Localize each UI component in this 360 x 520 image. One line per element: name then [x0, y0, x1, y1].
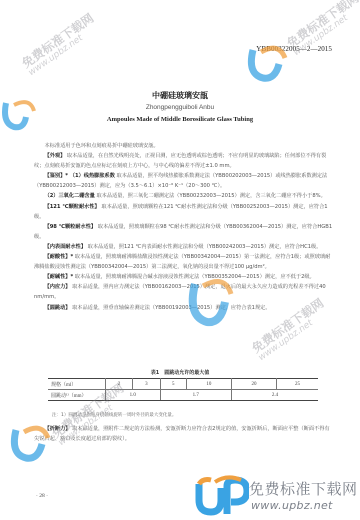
- brand-watermark: 免费标准下载网 www.upbz.net: [193, 472, 360, 520]
- title-pinyin: Zhongpengguiboli Anbu: [0, 104, 360, 111]
- inner-surface-paragraph: 【内表面耐水性】 取本品适量，照121 ℃内表面耐水性测定法和分级（YBB002…: [34, 242, 334, 252]
- internal-stress-paragraph: 【内应力】 取本品适量，照内应力测定法（YBB00162003—2015）测定，…: [34, 282, 334, 302]
- water-resistance-98-paragraph: 【98 ℃颗粒耐水性】 取本品适量，照玻璃颗粒在98 ℃耐水性测定法和分级（YB…: [34, 222, 334, 242]
- watermark-text: 免费标准下载网www.upbz.net: [20, 12, 102, 79]
- runout-paragraph: 【圆跳动】 取本品适量，照垂直轴偏差测定法（YBB00192003—2015）测…: [34, 303, 334, 313]
- title-english: Ampoules Made of Middle Borosilicate Gla…: [0, 116, 360, 123]
- table-cell: 2.4: [231, 390, 318, 401]
- water-resistance-121-paragraph: 【121 ℃颗粒耐水性】 取本品适量，照玻璃颗粒在121 ℃耐水性测定法和分级（…: [34, 202, 334, 222]
- up-logo-icon: [0, 95, 40, 135]
- acid-resistance-paragraph: 【耐酸性】* 取本品适量，照玻璃耐沸腾盐酸浸蚀性测定法（YBB00342004—…: [34, 252, 334, 272]
- table-cell: 20: [231, 379, 276, 390]
- appearance-paragraph: 【外观】 取本品适量，在自然光线明亮处，正视目测，应无色透明或棕色透明；不应有明…: [34, 151, 334, 171]
- brand-url: www.upbz.net: [251, 499, 333, 512]
- identification-paragraph-1: 【鉴别】* （1）线热膨胀系数 取本品适量，照平均线热膨胀系数测定法（YBB00…: [34, 171, 334, 191]
- table-header-cell: 规格（ml）: [48, 379, 106, 390]
- table-cell: 3: [133, 379, 160, 390]
- identification-paragraph-2: （2）三氧化二硼含量 取本品适量，照三氧化二硼测定法（YBB00232003—2…: [34, 191, 334, 201]
- runout-table: 规格（ml） 2 3 5 10 20 25 圆跳动¹⁾（mm） 1.0 1.7 …: [48, 378, 318, 401]
- alkali-resistance-paragraph: 【耐碱性】* 取本品适量，照玻璃耐沸腾混合碱水溶液浸蚀性测定法（YBB00352…: [34, 272, 334, 282]
- title-chinese: 中硼硅玻璃安瓿: [0, 90, 360, 101]
- document-page: YBB00322005—2—2015 中硼硅玻璃安瓿 Zhongpengguib…: [0, 0, 360, 520]
- table-cell: 10: [186, 379, 231, 390]
- up-logo-icon: [193, 474, 249, 518]
- brand-name: 免费标准下载网: [249, 478, 358, 499]
- table-cell: 1.7: [160, 390, 231, 401]
- document-body: 本标准适用于色环和点刻痕易折中硼硅玻璃安瓿。 【外观】 取本品适量，在自然光线明…: [34, 141, 334, 313]
- table-cell: 5: [160, 379, 186, 390]
- table-cell: 25: [277, 379, 318, 390]
- table-row: 圆跳动¹⁾（mm） 1.0 1.7 2.4: [48, 390, 318, 401]
- scope-paragraph: 本标准适用于色环和点刻痕易折中硼硅玻璃安瓿。: [34, 141, 334, 151]
- page-number: · 28 ·: [36, 493, 48, 499]
- table-caption: 表1 圆跳动允许的最大值: [0, 369, 360, 376]
- table-row: 规格（ml） 2 3 5 10 20 25: [48, 379, 318, 390]
